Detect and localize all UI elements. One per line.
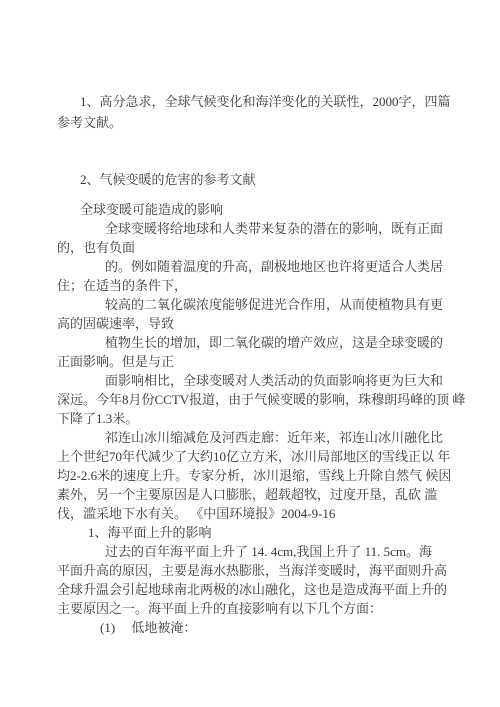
text-line: 祁连山冰川缩减危及河西走廊：近年来，祁连山冰川融化比 [57, 428, 447, 447]
text-line: 1、海平面上升的影响 [57, 523, 447, 542]
reference-body-block: 全球变暖可能造成的影响全球变暖将给地球和人类带来复杂的潜在的影响，既有正面的，也… [57, 200, 447, 637]
text-line: 1、高分急求，全球气候变化和海洋变化的关联性，2000字，四篇 [57, 91, 447, 112]
text-line: 全球变暖可能造成的影响 [57, 200, 447, 219]
text-line: 下降了1.3米。 [57, 409, 447, 428]
text-line: 参考文献。 [57, 112, 447, 133]
text-line: 主要原因之一。海平面上升的直接影响有以下几个方面： [57, 599, 447, 618]
text-line: 平面升高的原因，主要是海水热膨胀，当海洋变暖时，海平面则升高 [57, 561, 447, 580]
question-2-heading-block: 2、气候变暖的危害的参考文献 [57, 170, 447, 189]
question-1-block: 1、高分急求，全球气候变化和海洋变化的关联性，2000字，四篇参考文献。 [57, 91, 447, 133]
text-line: 较高的二氧化碳浓度能够促进光合作用，从而使植物具有更 [57, 295, 447, 314]
text-line: 伐，滥采地下水有关。 《中国环境报》2004-9-16 [57, 504, 447, 523]
text-line: 的，也有负面 [57, 238, 447, 257]
text-line: 全球升温会引起地球南北两极的冰山融化，这也是造成海平面上升的 [57, 580, 447, 599]
text-line: 正面影响。但是与正 [57, 352, 447, 371]
document-content: 1、高分急求，全球气候变化和海洋变化的关联性，2000字，四篇参考文献。 2、气… [57, 91, 447, 637]
text-line: 的。例如随着温度的升高，副极地地区也许将更适合人类居 [57, 257, 447, 276]
text-line: 过去的百年海平面上升了 14. 4cm,我国上升了 11. 5cm。海 [57, 542, 447, 561]
text-line: (1) 低地被淹： [57, 618, 447, 637]
text-line: 上个世纪70年代减少了大约10亿立方米，冰川局部地区的雪线正以 年 [57, 447, 447, 466]
text-line: 素外，另一个主要原因是人口膨胀，超载超牧，过度开垦，乱砍 滥 [57, 485, 447, 504]
text-line: 全球变暖将给地球和人类带来复杂的潜在的影响，既有正面 [57, 219, 447, 238]
text-line: 面影响相比，全球变暖对人类活动的负面影响将更为巨大和 [57, 371, 447, 390]
document-page: 1、高分急求，全球气候变化和海洋变化的关联性，2000字，四篇参考文献。 2、气… [0, 0, 500, 707]
text-line: 深远。今年8月份CCTV报道，由于气候变暖的影响，珠穆朗玛峰的顶 峰 [57, 390, 447, 409]
text-line: 均2-2.6米的速度上升。专家分析，冰川退缩，雪线上升除自然气 候因 [57, 466, 447, 485]
text-line: 高的固碳速率，导致 [57, 314, 447, 333]
text-line: 2、气候变暖的危害的参考文献 [57, 170, 447, 189]
text-line: 植物生长的增加，即二氧化碳的增产效应，这是全球变暖的 [57, 333, 447, 352]
text-line: 住；在适当的条件下， [57, 276, 447, 295]
